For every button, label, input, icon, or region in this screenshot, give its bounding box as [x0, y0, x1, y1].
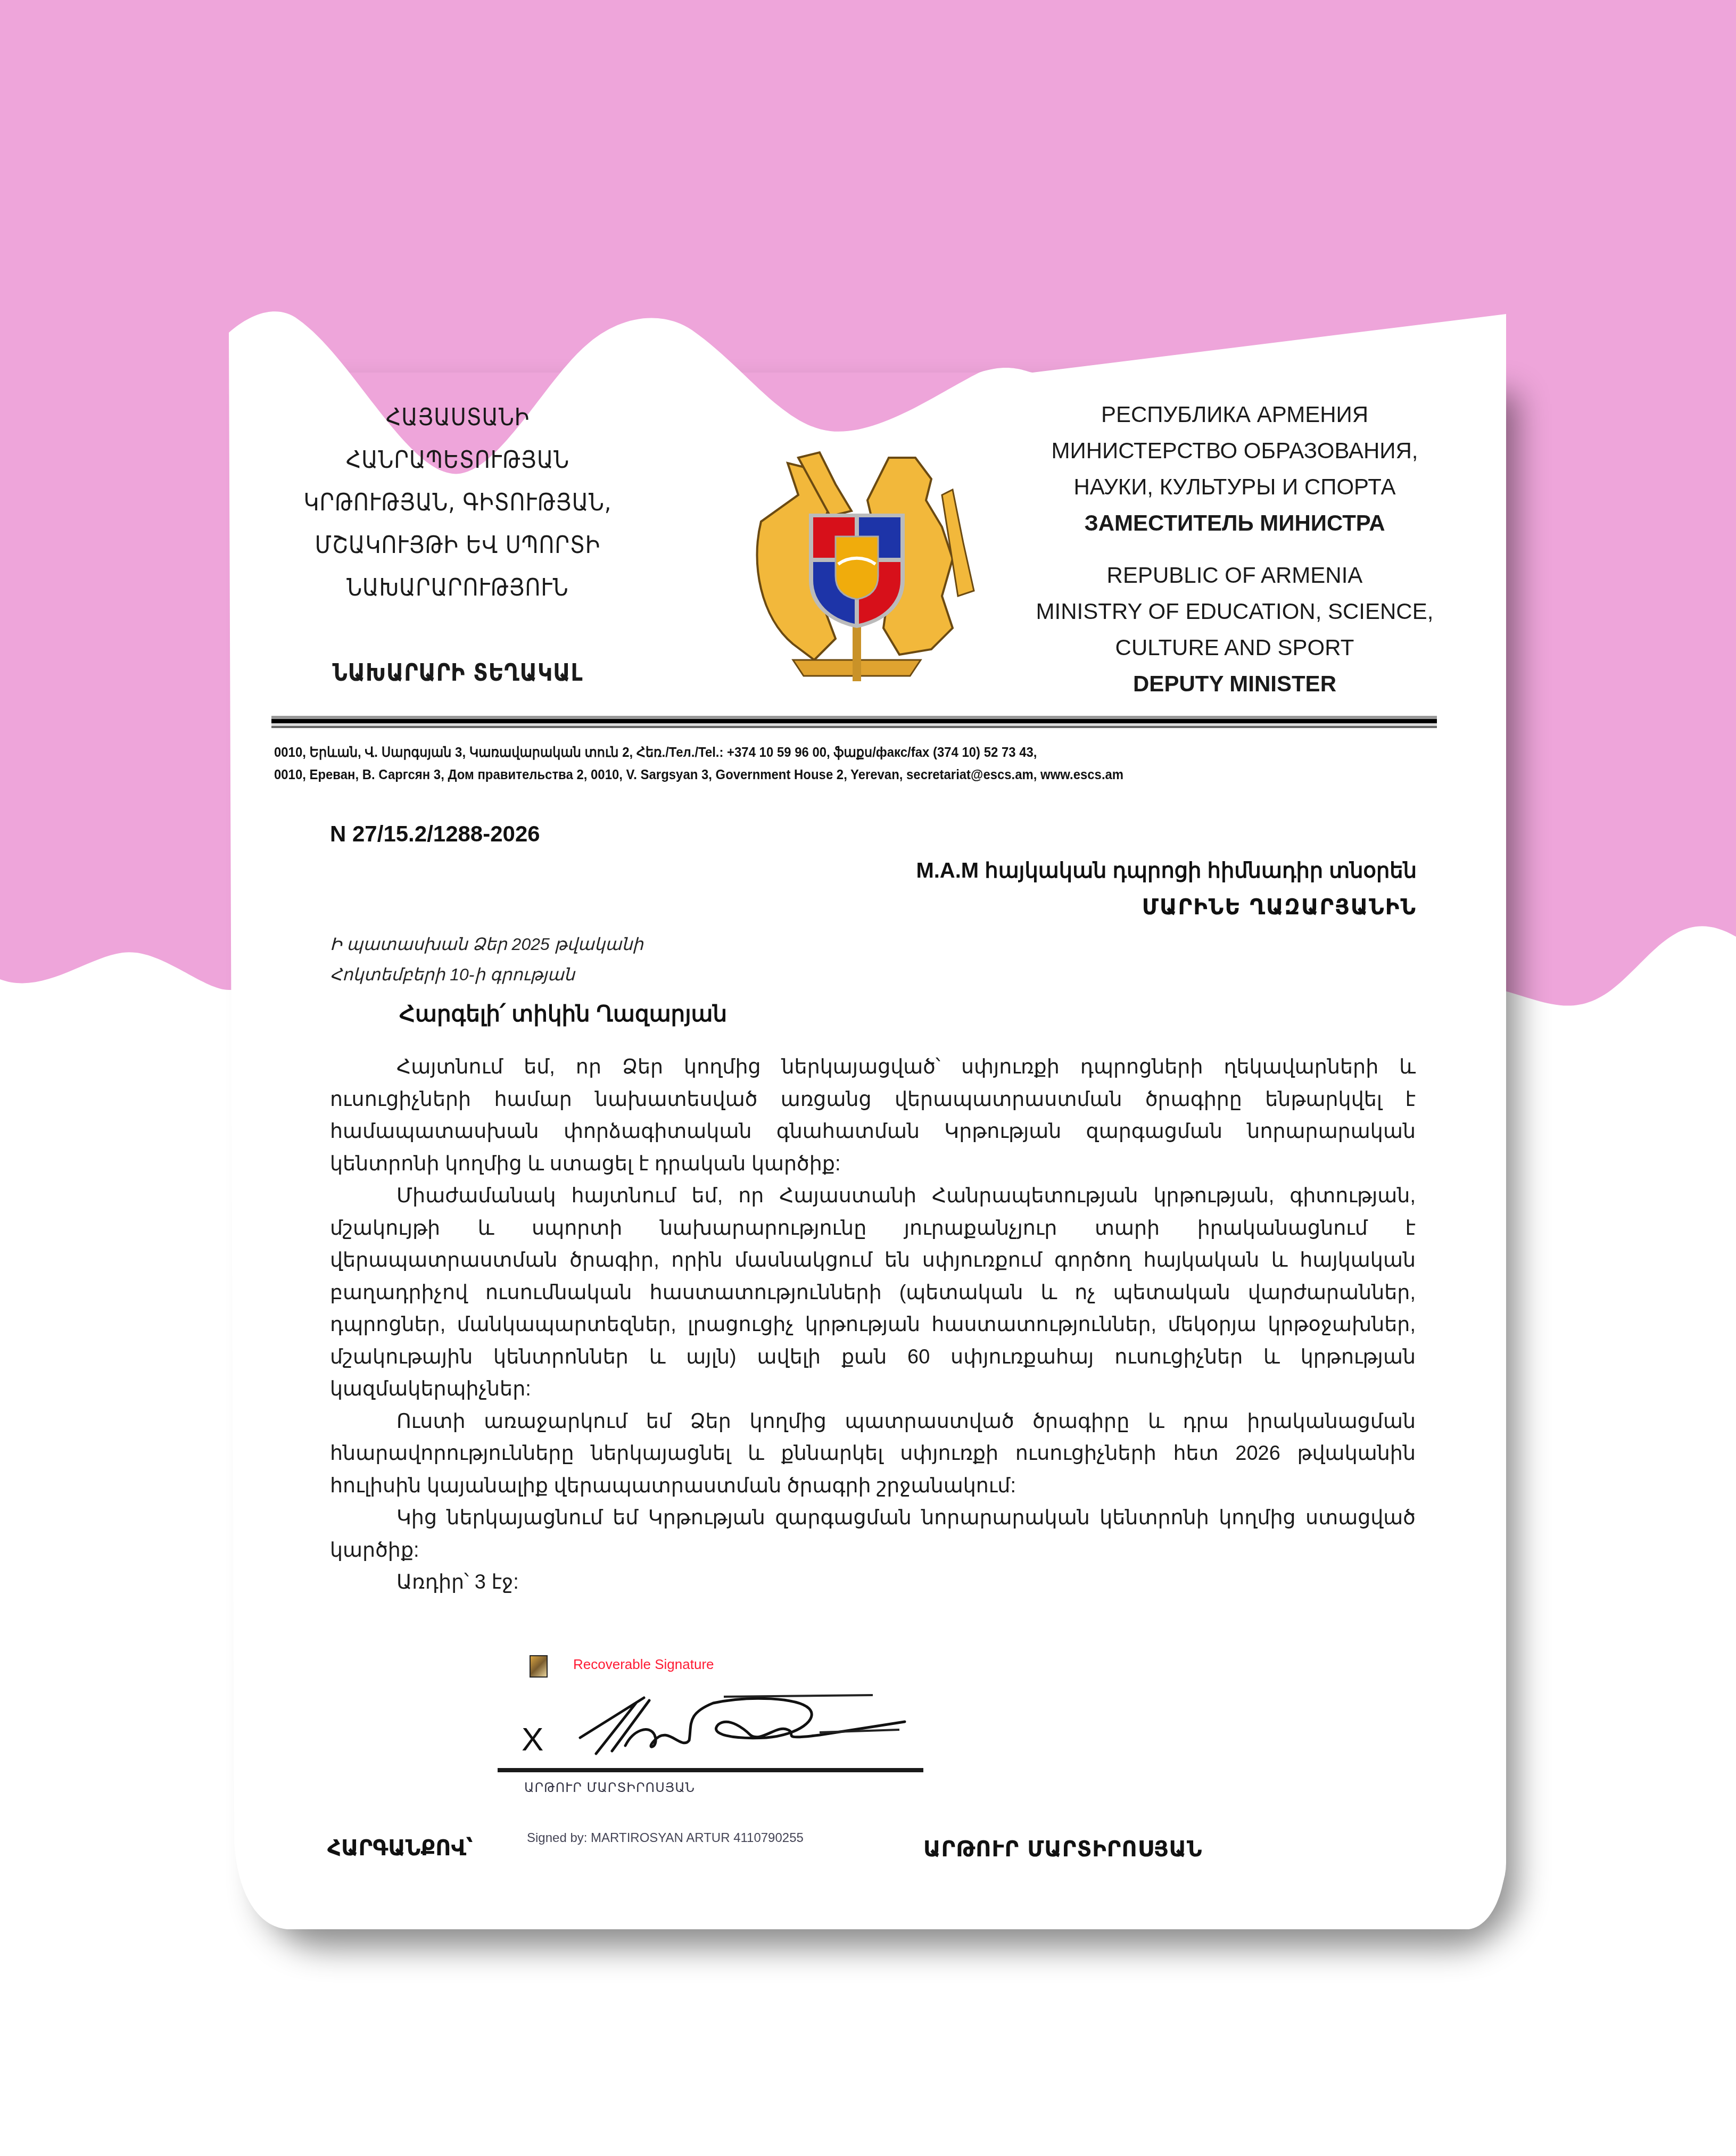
- letterhead-english-line: CULTURE AND SPORT: [1001, 630, 1469, 666]
- signature-x-mark: X: [522, 1721, 543, 1758]
- salutation: Հարգելի՛ տիկին Ղազարյան: [399, 1001, 727, 1027]
- handwritten-signature: [575, 1692, 915, 1762]
- recoverable-signature-label[interactable]: Recoverable Signature: [573, 1656, 714, 1673]
- letterhead-english-title: DEPUTY MINISTER: [1001, 666, 1469, 702]
- address-line: 0010, Երևան, Վ. Սարգսյան 3, Կառավարական …: [274, 744, 1351, 761]
- letterhead-armenian-title: ՆԱԽԱՐԱՐԻ ՏԵՂԱԿԱԼ: [277, 652, 639, 695]
- letterhead-armenian-line: ՀԱՆՐԱՊԵՏՈՒԹՅԱՆ: [277, 439, 639, 482]
- signature-certificate-icon[interactable]: [530, 1655, 548, 1678]
- header-divider: [271, 726, 1437, 728]
- body-paragraph: Ուստի առաջարկում եմ Ձեր կողմից պատրաստվա…: [330, 1406, 1416, 1502]
- recipient-title: M.A.M հայկական դպրոցի հիմնադիր տնօրեն: [916, 858, 1417, 883]
- letter-document: ՀԱՅԱՍՏԱՆԻ ՀԱՆՐԱՊԵՏՈՒԹՅԱՆ ԿՐԹՈՒԹՅԱՆ, ԳԻՏՈ…: [0, 0, 1736, 2156]
- letterhead-russian-line: МИНИСТЕРСТВО ОБРАЗОВАНИЯ,: [1001, 433, 1469, 469]
- letterhead-armenian: ՀԱՅԱՍՏԱՆԻ ՀԱՆՐԱՊԵՏՈՒԹՅԱՆ ԿՐԹՈՒԹՅԱՆ, ԳԻՏՈ…: [277, 396, 639, 695]
- letterhead-russian-line: РЕСПУБЛИКА АРМЕНИЯ: [1001, 396, 1469, 433]
- letterhead-armenian-line: ԿՐԹՈՒԹՅԱՆ, ԳԻՏՈՒԹՅԱՆ,: [277, 482, 639, 524]
- attachment-note: Առդիր՝ 3 էջ:: [330, 1566, 1416, 1599]
- letterhead-english-line: REPUBLIC OF ARMENIA: [1001, 557, 1469, 593]
- body-paragraph: Հայտնում եմ, որ Ձեր կողմից ներկայացված՝ …: [330, 1051, 1416, 1180]
- letterhead-armenian-line: ՆԱԽԱՐԱՐՈՒԹՅՈՒՆ: [277, 567, 639, 609]
- reference-number: N 27/15.2/1288-2026: [330, 821, 540, 847]
- letterhead-english-line: MINISTRY OF EDUCATION, SCIENCE,: [1001, 593, 1469, 630]
- signature-printed-name: ԱՐԹՈՒՐ ՄԱՐՏԻՐՈՍՅԱՆ: [524, 1780, 695, 1795]
- in-reply-to: Ի պատասխան Ձեր 2025 թվականի: [330, 934, 643, 954]
- body-paragraph: Կից ներկայացնում եմ Կրթության զարգացման …: [330, 1502, 1416, 1566]
- letter-body: Հայտնում եմ, որ Ձեր կողմից ներկայացված՝ …: [330, 1051, 1416, 1599]
- letterhead-russian-title: ЗАМЕСТИТЕЛЬ МИНИСТРА: [1001, 505, 1469, 541]
- letterhead-russian-english: РЕСПУБЛИКА АРМЕНИЯ МИНИСТЕРСТВО ОБРАЗОВА…: [1001, 396, 1469, 702]
- signer-name: ԱՐԹՈՒՐ ՄԱՐՏԻՐՈՍՅԱՆ: [923, 1837, 1203, 1862]
- signed-by-note: Signed by: MARTIROSYAN ARTUR 4110790255: [527, 1831, 804, 1846]
- in-reply-to: Հոկտեմբերի 10-ի գրության: [330, 964, 575, 985]
- letterhead-armenian-line: ՄՇԱԿՈՒՅԹԻ ԵՎ ՍՊՈՐՏԻ: [277, 524, 639, 567]
- header-divider: [271, 719, 1437, 723]
- coat-of-arms-icon: [729, 436, 985, 687]
- body-paragraph: Միաժամանակ հայտնում եմ, որ Հայաստանի Հան…: [330, 1180, 1416, 1406]
- signature-line: [498, 1768, 923, 1772]
- letterhead-russian-line: НАУКИ, КУЛЬТУРЫ И СПОРТА: [1001, 469, 1469, 505]
- spacer: [1001, 541, 1469, 557]
- recipient-name: ՄԱՐԻՆԵ ՂԱԶԱՐՅԱՆԻՆ: [1142, 895, 1417, 920]
- letterhead-armenian-line: ՀԱՅԱՍՏԱՆԻ: [277, 396, 639, 439]
- address-line: 0010, Ереван, В. Саргсян 3, Дом правител…: [274, 766, 1351, 783]
- closing: ՀԱՐԳԱՆՔՈՎ՝: [327, 1836, 473, 1861]
